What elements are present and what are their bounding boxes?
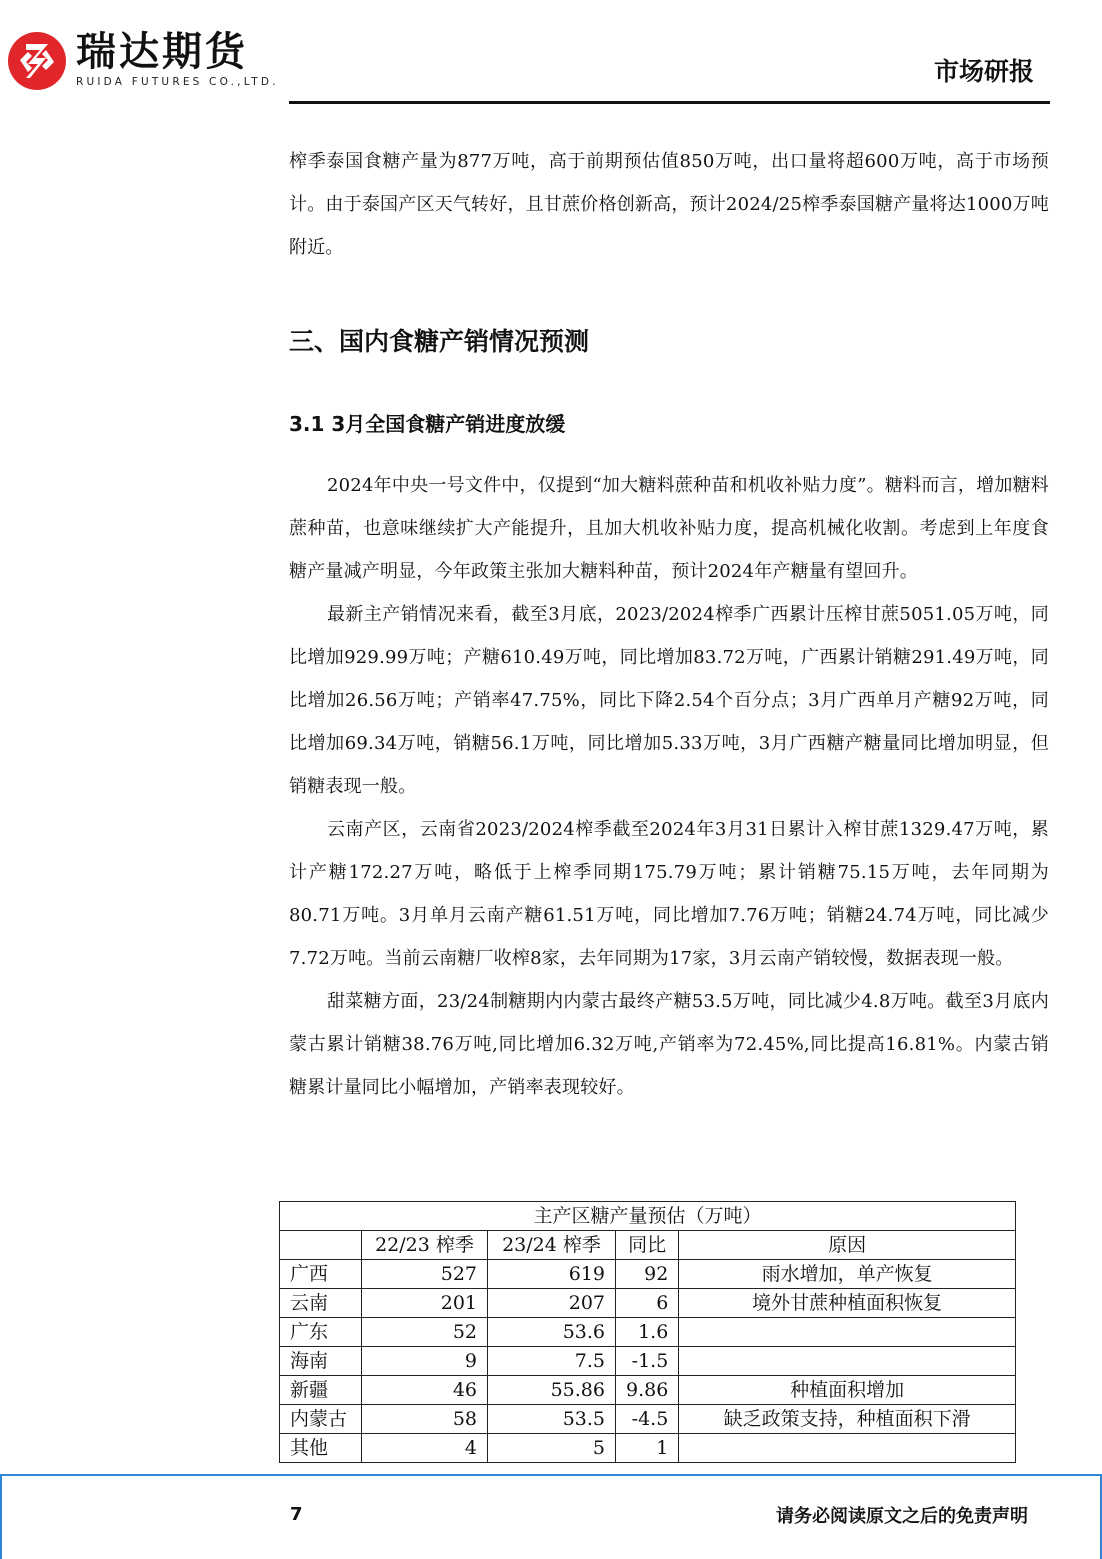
value-cell: 5: [488, 1434, 616, 1463]
intro-paragraph: 榨季泰国食糖产量为877万吨，高于前期预估值850万吨，出口量将超600万吨，高…: [289, 140, 1049, 269]
paragraph-yunnan: 云南产区，云南省2023/2024榨季截至2024年3月31日累计入榨甘蔗132…: [289, 808, 1049, 980]
value-cell: 55.86: [488, 1376, 616, 1405]
company-logo: 瑞达期货 RUIDA FUTURES CO.,LTD.: [6, 30, 279, 92]
reason-cell: 雨水增加，单产恢复: [679, 1260, 1016, 1289]
region-cell: 广西: [280, 1260, 362, 1289]
page-number: 7: [290, 1504, 303, 1525]
value-cell: 1: [616, 1434, 679, 1463]
value-cell: 92: [616, 1260, 679, 1289]
report-type-label: 市场研报: [934, 52, 1034, 88]
subsection-title: 3.1 3月全国食糖产销进度放缓: [289, 408, 565, 437]
value-cell: 53.5: [488, 1405, 616, 1434]
header-cell: 23/24 榨季: [488, 1231, 616, 1260]
sugar-production-estimate-table: 主产区糖产量预估（万吨） 22/23 榨季 23/24 榨季 同比 原因 广西 …: [279, 1201, 1016, 1463]
region-cell: 内蒙古: [280, 1405, 362, 1434]
table-row: 内蒙古 58 53.5 -4.5 缺乏政策支持，种植面积下滑: [280, 1405, 1016, 1434]
table-row: 广东 52 53.6 1.6: [280, 1318, 1016, 1347]
paragraph-guangxi: 最新主产销情况来看，截至3月底，2023/2024榨季广西累计压榨甘蔗5051.…: [289, 593, 1049, 808]
ruida-logo-icon: [6, 30, 68, 92]
table-header-row: 22/23 榨季 23/24 榨季 同比 原因: [280, 1231, 1016, 1260]
logo-english-name: RUIDA FUTURES CO.,LTD.: [76, 76, 279, 88]
value-cell: -4.5: [616, 1405, 679, 1434]
region-cell: 海南: [280, 1347, 362, 1376]
value-cell: -1.5: [616, 1347, 679, 1376]
page-header: 瑞达期货 RUIDA FUTURES CO.,LTD. 市场研报: [0, 0, 1102, 110]
table-row: 其他 4 5 1: [280, 1434, 1016, 1463]
region-cell: 其他: [280, 1434, 362, 1463]
table-row: 新疆 46 55.86 9.86 种植面积增加: [280, 1376, 1016, 1405]
value-cell: 58: [362, 1405, 488, 1434]
paragraph-policy: 2024年中央一号文件中，仅提到“加大糖料蔗种苗和机收补贴力度”。糖料而言，增加…: [289, 464, 1049, 593]
value-cell: 53.6: [488, 1318, 616, 1347]
logo-chinese-name: 瑞达期货: [76, 30, 279, 74]
table-row: 云南 201 207 6 境外甘蔗种植面积恢复: [280, 1289, 1016, 1318]
intro-block: 榨季泰国食糖产量为877万吨，高于前期预估值850万吨，出口量将超600万吨，高…: [289, 140, 1049, 269]
header-cell: 原因: [679, 1231, 1016, 1260]
value-cell: 1.6: [616, 1318, 679, 1347]
value-cell: 7.5: [488, 1347, 616, 1376]
value-cell: 9.86: [616, 1376, 679, 1405]
header-divider: [289, 101, 1050, 104]
value-cell: 6: [616, 1289, 679, 1318]
region-cell: 云南: [280, 1289, 362, 1318]
region-cell: 广东: [280, 1318, 362, 1347]
value-cell: 4: [362, 1434, 488, 1463]
header-cell: 同比: [616, 1231, 679, 1260]
reason-cell: 境外甘蔗种植面积恢复: [679, 1289, 1016, 1318]
paragraph-beet-sugar: 甜菜糖方面，23/24制糖期内内蒙古最终产糖53.5万吨，同比减少4.8万吨。截…: [289, 980, 1049, 1109]
table-row: 广西 527 619 92 雨水增加，单产恢复: [280, 1260, 1016, 1289]
table-row: 海南 9 7.5 -1.5: [280, 1347, 1016, 1376]
header-cell: 22/23 榨季: [362, 1231, 488, 1260]
value-cell: 527: [362, 1260, 488, 1289]
table-caption: 主产区糖产量预估（万吨）: [280, 1202, 1016, 1231]
value-cell: 9: [362, 1347, 488, 1376]
reason-cell: 缺乏政策支持，种植面积下滑: [679, 1405, 1016, 1434]
reason-cell: [679, 1347, 1016, 1376]
section-title: 三、国内食糖产销情况预测: [289, 322, 589, 358]
reason-cell: [679, 1318, 1016, 1347]
disclaimer-notice: 请务必阅读原文之后的免责声明: [776, 1502, 1028, 1528]
page-footer: 7 请务必阅读原文之后的免责声明: [0, 1474, 1102, 1559]
section-body: 2024年中央一号文件中，仅提到“加大糖料蔗种苗和机收补贴力度”。糖料而言，增加…: [289, 464, 1049, 1109]
reason-cell: 种植面积增加: [679, 1376, 1016, 1405]
region-cell: 新疆: [280, 1376, 362, 1405]
header-cell: [280, 1231, 362, 1260]
value-cell: 619: [488, 1260, 616, 1289]
table-caption-row: 主产区糖产量预估（万吨）: [280, 1202, 1016, 1231]
reason-cell: [679, 1434, 1016, 1463]
value-cell: 46: [362, 1376, 488, 1405]
value-cell: 52: [362, 1318, 488, 1347]
value-cell: 201: [362, 1289, 488, 1318]
value-cell: 207: [488, 1289, 616, 1318]
